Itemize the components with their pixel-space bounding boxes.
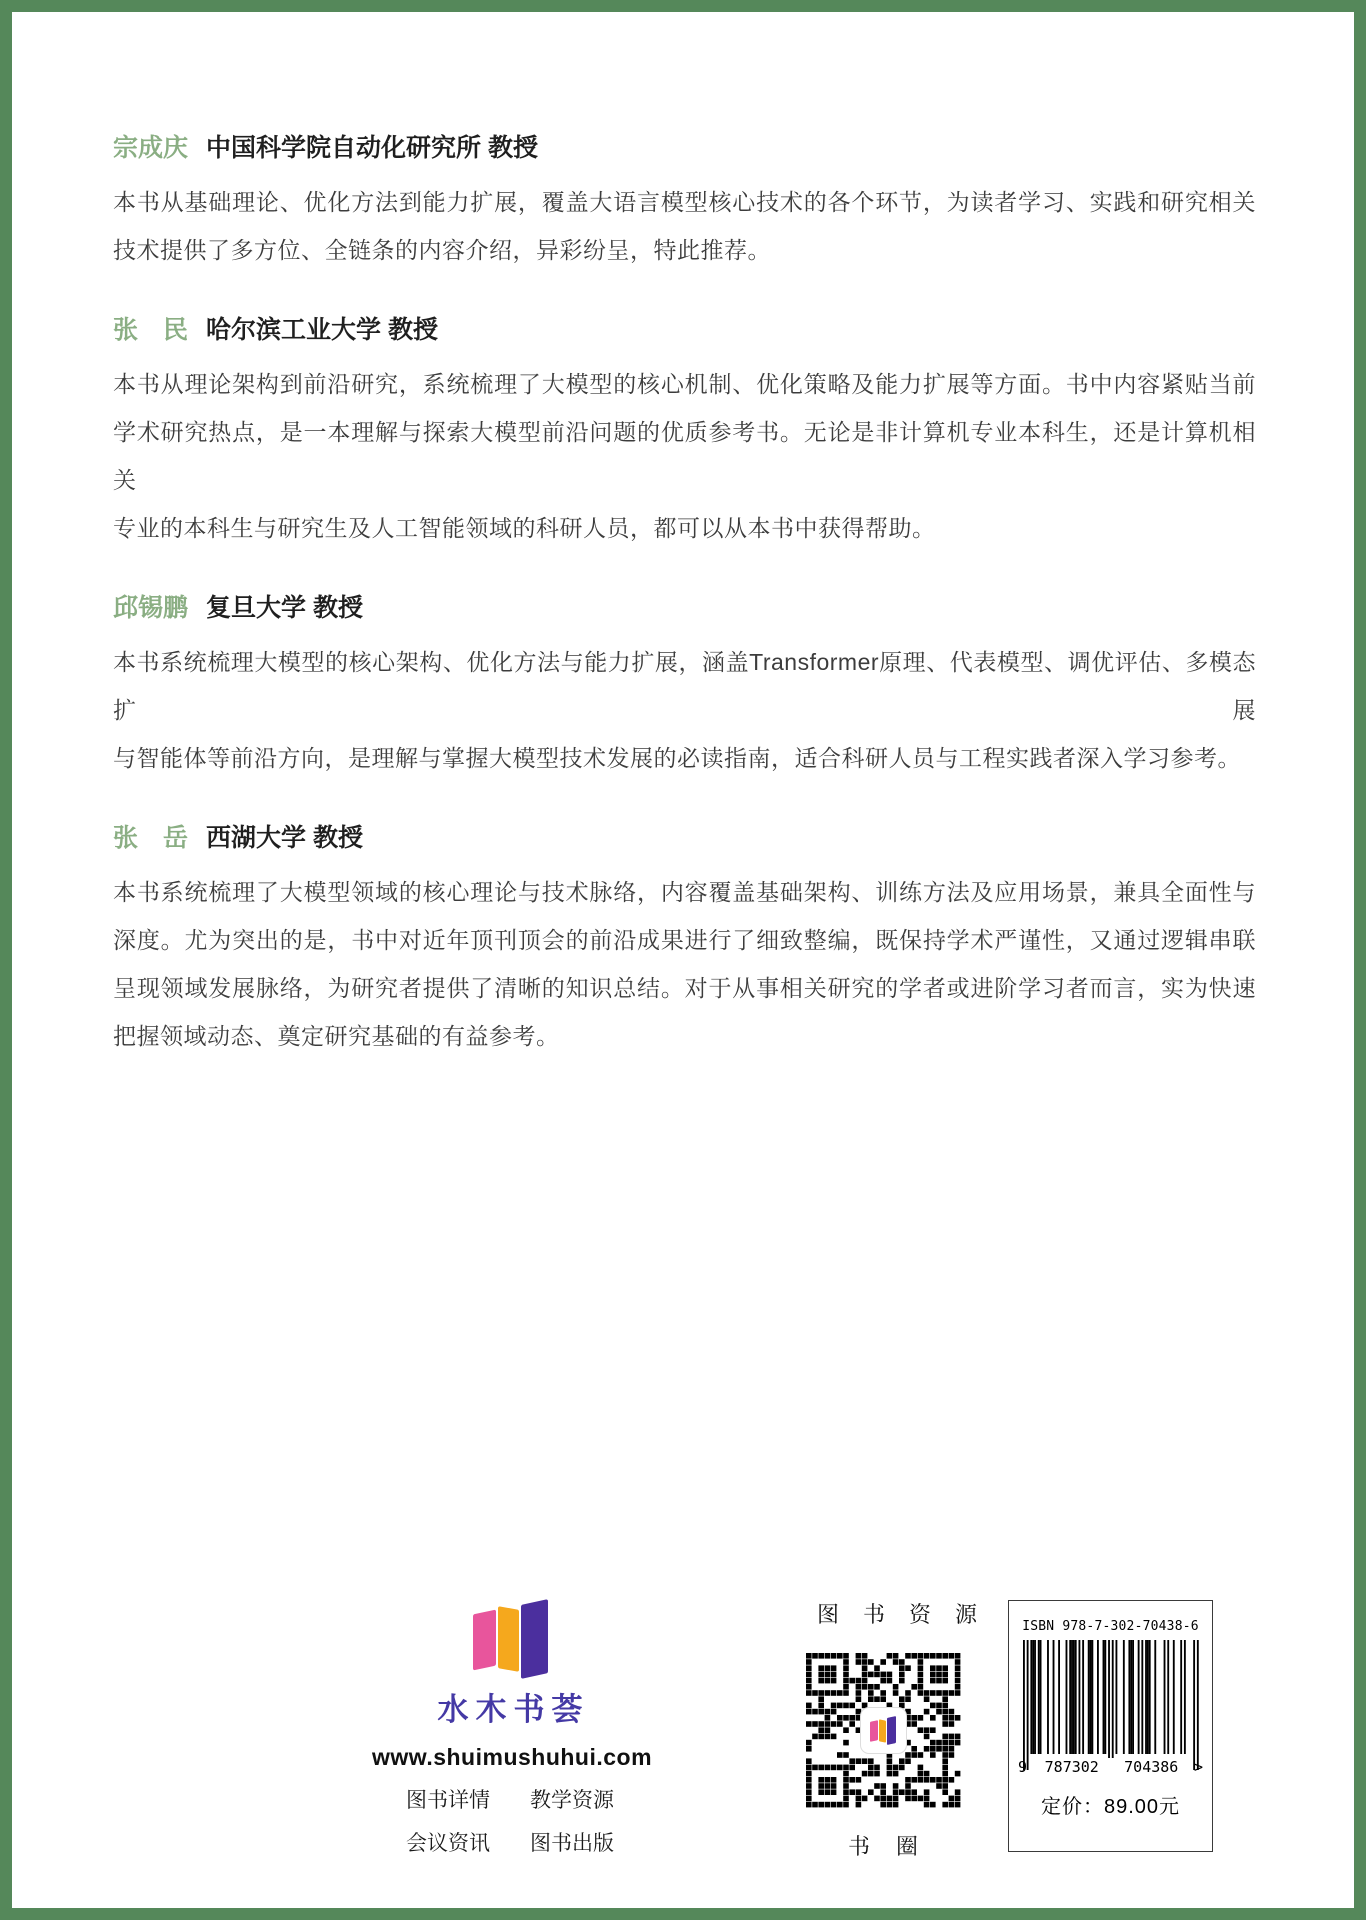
shuimu-book-logo-icon (473, 1594, 548, 1676)
endorser-name: 张 岳 (113, 818, 188, 854)
qr-code (806, 1653, 961, 1808)
logo-panel-purple (887, 1716, 896, 1745)
endorsement-text-line: 专业的本科生与研究生及人工智能领域的科研人员，都可以从本书中获得帮助。 (113, 504, 1256, 552)
brand-services-row1: 图书详情 教学资源 (372, 1784, 648, 1814)
logo-panel-pink (870, 1720, 878, 1742)
logo-panel-orange (498, 1606, 519, 1672)
service-label: 会议资讯 (406, 1827, 490, 1857)
endorsement-text-line: 学术研究热点，是一本理解与探索大模型前沿问题的优质参考书。无论是非计算机专业本科… (113, 408, 1256, 504)
endorsement-zhangmin: 张 民 哈尔滨工业大学 教授 本书从理论架构到前沿研究，系统梳理了大模型的核心机… (113, 310, 1256, 552)
endorser-header: 宗成庆 中国科学院自动化研究所 教授 (113, 128, 1256, 162)
publisher-brand-block: 水木书荟 www.shuimushuhui.com 图书详情 教学资源 会议资讯… (372, 1594, 648, 1857)
endorser-name: 邱锡鹏 (113, 588, 188, 624)
endorsement-zongchengqing: 宗成庆 中国科学院自动化研究所 教授 本书从基础理论、优化方法到能力扩展，覆盖大… (113, 128, 1256, 274)
service-label: 教学资源 (530, 1784, 614, 1814)
barcode-suffix: > (1191, 1758, 1203, 1776)
endorser-header: 张 民 哈尔滨工业大学 教授 (113, 310, 1256, 344)
endorser-affiliation: 复旦大学 教授 (206, 588, 363, 624)
barcode-group2: 704386 (1112, 1758, 1192, 1776)
endorsement-text-line: 技术提供了多方位、全链条的内容介绍，异彩纷呈，特此推荐。 (113, 226, 1256, 274)
endorsement-text-line: 把握领域动态、奠定研究基础的有益参考。 (113, 1012, 1256, 1060)
endorser-header: 张 岳 西湖大学 教授 (113, 818, 1256, 852)
barcode-lead-digit: 9 (1018, 1758, 1032, 1776)
barcode-digits: 9 787302 704386 > (1009, 1758, 1212, 1776)
isbn-price-box: ISBN 978-7-302-70438-6 9 787302 704386 >… (1008, 1600, 1213, 1852)
ean13-barcode (1009, 1640, 1212, 1772)
endorsement-text-line: 本书系统梳理大模型的核心架构、优化方法与能力扩展，涵盖Transformer原理… (113, 638, 1256, 734)
endorser-name: 张 民 (113, 310, 188, 346)
qr-caption: 书圈 (793, 1830, 973, 1861)
endorsement-text-line: 本书从理论架构到前沿研究，系统梳理了大模型的核心机制、优化策略及能力扩展等方面。… (113, 360, 1256, 408)
endorsement-text-line: 本书从基础理论、优化方法到能力扩展，覆盖大语言模型核心技术的各个环节，为读者学习… (113, 178, 1256, 226)
endorser-affiliation: 西湖大学 教授 (206, 818, 363, 854)
endorsement-zhangyue: 张 岳 西湖大学 教授 本书系统梳理了大模型领域的核心理论与技术脉络，内容覆盖基… (113, 818, 1256, 1060)
brand-website: www.shuimushuhui.com (372, 1744, 648, 1771)
endorser-name: 宗成庆 (113, 128, 188, 164)
endorsements-section: 宗成庆 中国科学院自动化研究所 教授 本书从基础理论、优化方法到能力扩展，覆盖大… (113, 128, 1256, 1096)
barcode-bars (1020, 1640, 1201, 1772)
brand-services-row2: 会议资讯 图书出版 (372, 1827, 648, 1857)
logo-panel-pink (473, 1610, 496, 1671)
endorsement-qiuxipeng: 邱锡鹏 复旦大学 教授 本书系统梳理大模型的核心架构、优化方法与能力扩展，涵盖T… (113, 588, 1256, 782)
logo-panel-orange (879, 1719, 886, 1742)
price-label: 定价：89.00元 (1009, 1790, 1212, 1819)
qr-center-logo-icon (860, 1707, 907, 1754)
endorser-header: 邱锡鹏 复旦大学 教授 (113, 588, 1256, 622)
qr-resources-block: 图书资源 书圈 (793, 1598, 973, 1861)
service-label: 图书出版 (530, 1827, 614, 1857)
endorsement-text-line: 与智能体等前沿方向，是理解与掌握大模型技术发展的必读指南，适合科研人员与工程实践… (113, 734, 1256, 782)
isbn-number: ISBN 978-7-302-70438-6 (1009, 1619, 1212, 1634)
endorser-affiliation: 哈尔滨工业大学 教授 (206, 310, 438, 346)
barcode-group1: 787302 (1032, 1758, 1112, 1776)
logo-panel-purple (521, 1599, 548, 1679)
endorsement-text-line: 深度。尤为突出的是，书中对近年顶刊顶会的前沿成果进行了细致整编，既保持学术严谨性… (113, 916, 1256, 964)
service-label: 图书详情 (406, 1784, 490, 1814)
brand-name: 水木书荟 (372, 1684, 648, 1729)
endorsement-text-line: 本书系统梳理了大模型领域的核心理论与技术脉络，内容覆盖基础架构、训练方法及应用场… (113, 868, 1256, 916)
qr-title: 图书资源 (793, 1598, 973, 1629)
endorsement-text-line: 呈现领域发展脉络，为研究者提供了清晰的知识总结。对于从事相关研究的学者或进阶学习… (113, 964, 1256, 1012)
endorser-affiliation: 中国科学院自动化研究所 教授 (206, 128, 538, 164)
